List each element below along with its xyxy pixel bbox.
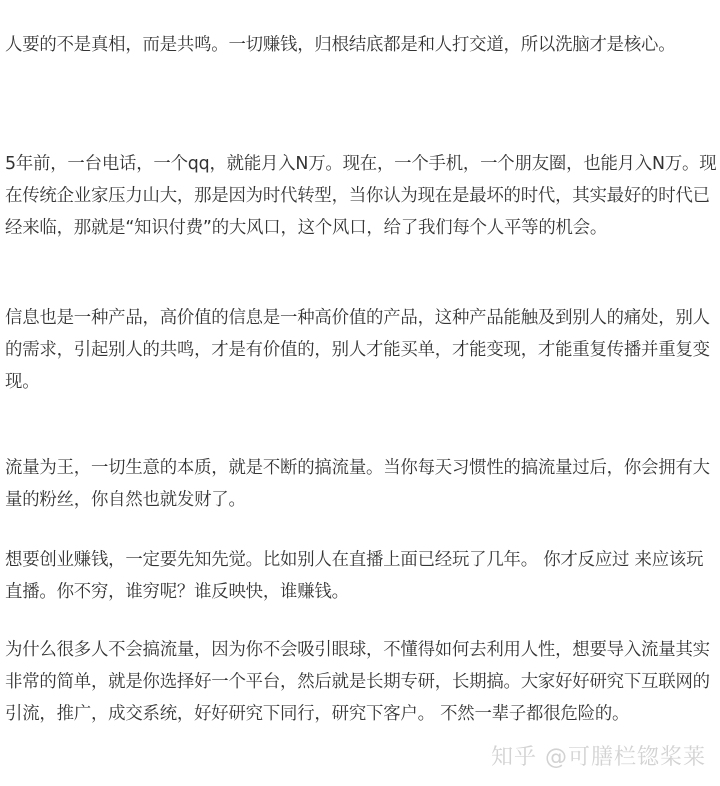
paragraph-1: 人要的不是真相，而是共鸣。一切赚钱，归根结底都是和人打交道，所以洗脑才是核心。 [5,29,717,61]
paragraph-5: 想要创业赚钱，一定要先知先觉。比如别人在直播上面已经玩了几年。 你才反应过 来应… [5,544,717,608]
paragraph-4: 流量为王，一切生意的本质，就是不断的搞流量。当你每天习惯性的搞流量过后，你会拥有… [5,452,717,516]
zhihu-watermark: 知乎 @可膳栏锪桨莱 [491,740,706,771]
paragraph-6: 为什么很多人不会搞流量，因为你不会吸引眼球，不懂得如何去利用人性，想要导入流量其… [5,634,717,730]
paragraph-3: 信息也是一种产品，高价值的信息是一种高价值的产品，这种产品能触及到别人的痛处，别… [5,302,717,398]
paragraph-2: 5年前，一台电话，一个qq，就能月入N万。现在，一个手机，一个朋友圈，也能月入N… [5,148,717,244]
